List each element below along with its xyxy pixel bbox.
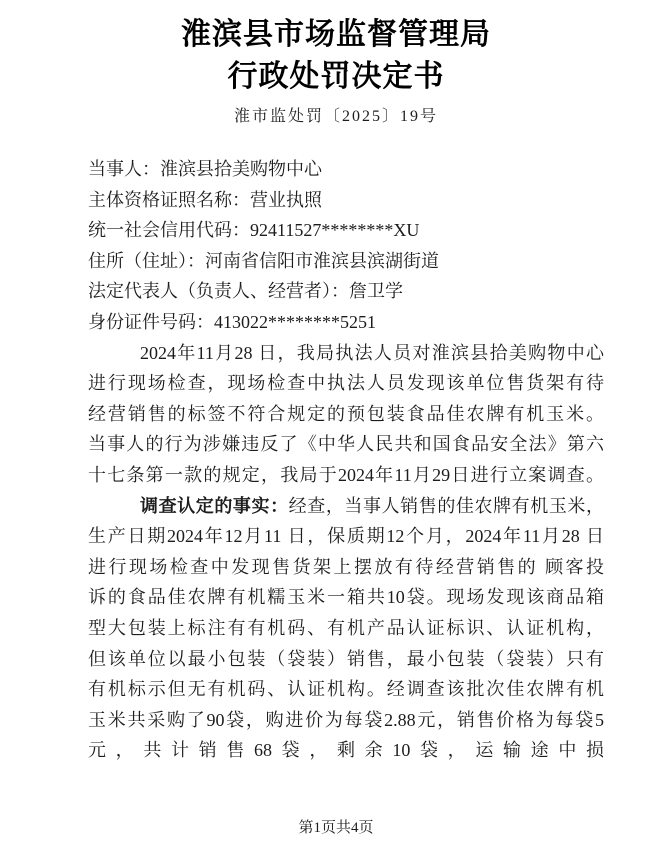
para2-line7: 有机标示但无有机码、认证机构。经调查该批次佳农牌有机 — [88, 674, 604, 705]
para2-line3: 进行现场检查中发现售货架上摆放有待经营销售的 顾客投 — [88, 552, 604, 583]
para1-line2: 进行现场检查，现场检查中执法人员发现该单位售货架有待 — [88, 368, 604, 399]
page-number-footer: 第1页共4页 — [0, 816, 672, 837]
para2-line1: 调查认定的事实：经查，当事人销售的佳农牌有机玉米， — [88, 491, 604, 522]
para2-lead-heading: 调查认定的事实： — [140, 496, 289, 516]
agency-title: 淮滨县市场监督管理局 — [0, 14, 672, 56]
para2-line5: 型大包装上标注有有机码、有机产品认证标识、认证机构， — [88, 613, 604, 644]
para1-line4: 当事人的行为涉嫌违反了《中华人民共和国食品安全法》第六 — [88, 429, 604, 460]
penalty-decision-document-page: 淮滨县市场监督管理局 行政处罚决定书 淮市监处罚〔2025〕19号 当事人：淮滨… — [0, 0, 672, 848]
para1-line1: 2024年11月28 日，我局执法人员对淮滨县拾美购物中心 — [88, 338, 604, 369]
field-address: 住所（住址）：河南省信阳市淮滨县滨湖街道 — [88, 246, 604, 277]
field-credit-code: 统一社会信用代码：92411527********XU — [88, 215, 604, 246]
document-body: 当事人：淮滨县拾美购物中心 主体资格证照名称：营业执照 统一社会信用代码：924… — [88, 154, 604, 766]
para2-line9: 元，共计销售68袋，剩余10袋，运输途中损 — [88, 735, 604, 766]
para2-line4: 诉的食品佳农牌有机糯玉米一箱共10袋。现场发现该商品箱 — [88, 582, 604, 613]
para2-line2: 生产日期2024年12月11 日，保质期12个月，2024年11月28 日 — [88, 521, 604, 552]
para1-line5: 十七条第一款的规定，我局于2024年11月29日进行立案调查。 — [88, 460, 604, 491]
para1-line3: 经营销售的标签不符合规定的预包装食品佳农牌有机玉米。 — [88, 399, 604, 430]
para2-line8: 玉米共采购了90袋，购进价为每袋2.88元，销售价格为每袋5 — [88, 705, 604, 736]
document-type-title: 行政处罚决定书 — [0, 56, 672, 98]
document-number: 淮市监处罚〔2025〕19号 — [0, 103, 672, 126]
field-party: 当事人：淮滨县拾美购物中心 — [88, 154, 604, 185]
para2-line6: 但该单位以最小包装（袋装）销售，最小包装（袋装）只有 — [88, 644, 604, 675]
para2-line1-rest: 经查，当事人销售的佳农牌有机玉米， — [289, 496, 604, 516]
field-id-number: 身份证件号码：413022********5251 — [88, 307, 604, 338]
field-license-name: 主体资格证照名称：营业执照 — [88, 185, 604, 216]
document-header: 淮滨县市场监督管理局 行政处罚决定书 淮市监处罚〔2025〕19号 — [0, 0, 672, 126]
field-legal-representative: 法定代表人（负责人、经营者）：詹卫学 — [88, 276, 604, 307]
